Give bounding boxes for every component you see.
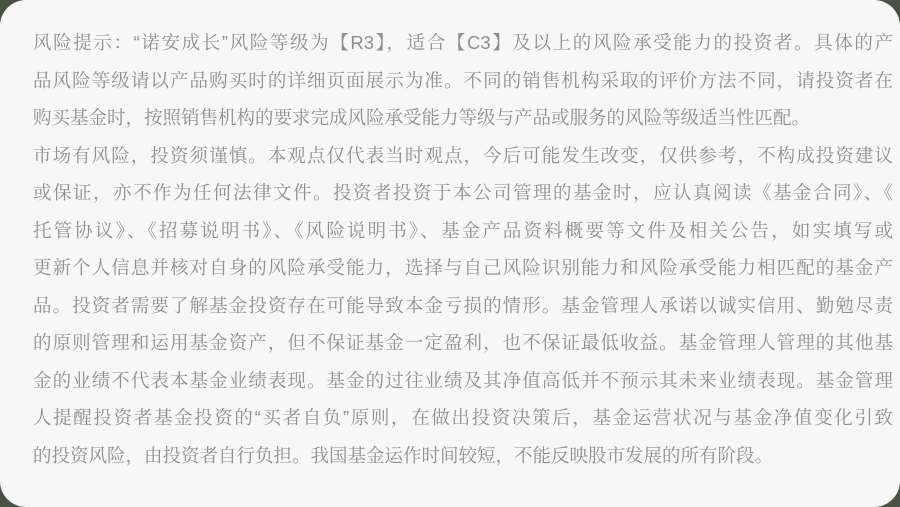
disclaimer-line: 市场有风险，投资须谨慎。本观点仅代表当时观点，今后可能发生改变，仅供参考，不构成…	[33, 137, 893, 175]
disclaimer-line: 托管协议》、《招募说明书》、《风险说明书》、基金产品资料概要等文件及相关公告，如…	[33, 212, 893, 250]
disclaimer-line: 品。投资者需要了解基金投资存在可能导致本金亏损的情形。基金管理人承诺以诚实信用、…	[33, 287, 893, 325]
disclaimer-line: 更新个人信息并核对自身的风险承受能力，选择与自己风险识别能力和风险承受能力相匹配…	[33, 249, 893, 287]
disclaimer-line: 金的业绩不代表本基金业绩表现。基金的过往业绩及其净值高低并不预示其未来业绩表现。…	[33, 362, 893, 400]
disclaimer-line: 品风险等级请以产品购买时的详细页面展示为准。不同的销售机构采取的评价方法不同，请…	[33, 62, 893, 100]
risk-disclaimer-card: 风险提示：“诺安成长”风险等级为【R3】，适合【C3】及以上的风险承受能力的投资…	[0, 0, 900, 507]
disclaimer-line: 或保证，亦不作为任何法律文件。投资者投资于本公司管理的基金时，应认真阅读《基金合…	[33, 174, 893, 212]
disclaimer-line: 的原则管理和运用基金资产，但不保证基金一定盈利，也不保证最低收益。基金管理人管理…	[33, 324, 893, 362]
disclaimer-line: 的投资风险，由投资者自行负担。我国基金运作时间较短，不能反映股市发展的所有阶段。	[33, 437, 893, 475]
disclaimer-line: 购买基金时，按照销售机构的要求完成风险承受能力等级与产品或服务的风险等级适当性匹…	[33, 99, 893, 137]
disclaimer-line: 人提醒投资者基金投资的“买者自负”原则，在做出投资决策后，基金运营状况与基金净值…	[33, 399, 893, 437]
disclaimer-line: 风险提示：“诺安成长”风险等级为【R3】，适合【C3】及以上的风险承受能力的投资…	[33, 24, 893, 62]
disclaimer-text: 风险提示：“诺安成长”风险等级为【R3】，适合【C3】及以上的风险承受能力的投资…	[33, 24, 893, 474]
page-background: { "theme": { "page_background": "#475245…	[0, 0, 900, 507]
